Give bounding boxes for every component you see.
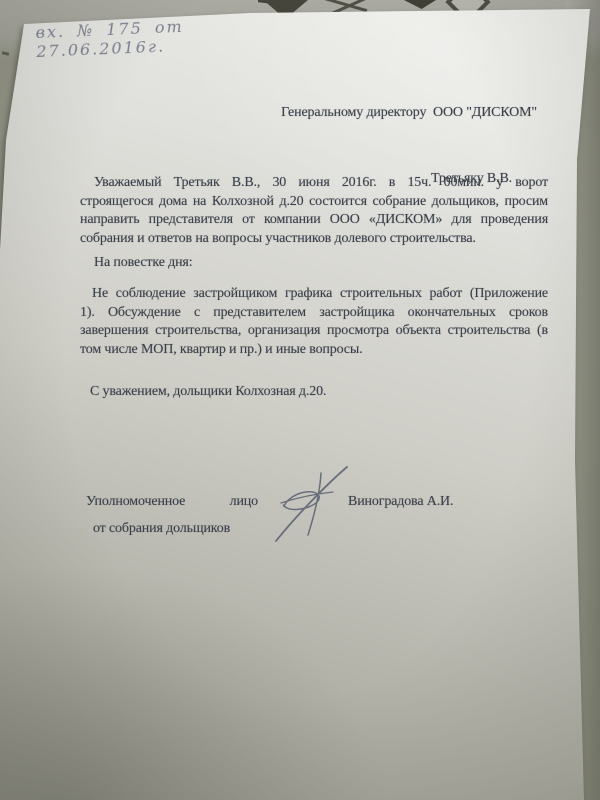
signer-name: Виноградова А.И.	[348, 493, 453, 512]
signature-role-word-2: лицо	[230, 493, 258, 512]
paper-sheet: вх. № 175 от 27.06.2016г. Генеральному д…	[0, 0, 600, 800]
signature-role-line-2: от собрания дольщиков	[93, 520, 230, 539]
paragraph-invitation: Уважаемый Третьяк В.В., 30 июня 2016г. в…	[80, 174, 548, 248]
closing-line: С уважением, дольщики Колхозная д.20.	[90, 383, 326, 402]
document-paper: вх. № 175 от 27.06.2016г. Генеральному д…	[0, 0, 600, 800]
body-line: собрания и ответов на вопросы участников…	[80, 230, 548, 249]
paragraph-agenda: Не соблюдение застройщиком графика строи…	[80, 285, 548, 359]
body-line: строящегося дома на Колхозной д.20 состо…	[80, 193, 548, 212]
recipient-line-1: Генеральному директору ООО "ДИСКОМ"	[200, 102, 537, 124]
body-line: Не соблюдение застройщиком графика строи…	[80, 285, 548, 304]
signature-role-word-1: Уполномоченное	[86, 493, 185, 512]
signature-role-line: Уполномоченное лицо	[86, 493, 258, 512]
body-line: 1). Обсуждение с представителем застройщ…	[80, 304, 548, 323]
body-line: завершения строительства, организация пр…	[80, 322, 548, 341]
agenda-heading: На повестке дня:	[94, 254, 192, 273]
registration-note-handwriting: вх. № 175 от 27.06.2016г.	[35, 13, 296, 61]
photo-scene: вх. № 175 от 27.06.2016г. Генеральному д…	[0, 0, 600, 800]
body-line: Уважаемый Третьяк В.В., 30 июня 2016г. в…	[80, 174, 548, 193]
body-line: том числе МОП, квартир и пр.) и иные воп…	[80, 341, 548, 360]
body-line: направить представителя от компании ООО …	[80, 211, 548, 230]
